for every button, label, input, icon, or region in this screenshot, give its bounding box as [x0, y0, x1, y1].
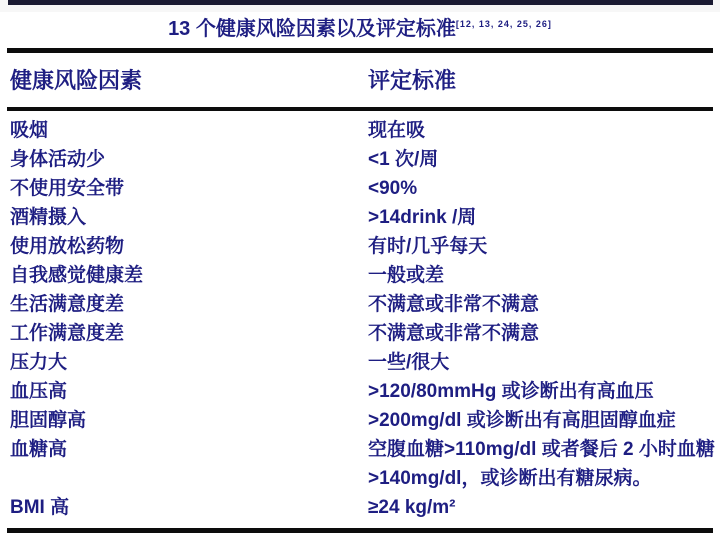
table-row: 使用放松药物 有时/几乎每天 — [10, 232, 716, 261]
table-row: 生活满意度差 不满意或非常不满意 — [10, 290, 716, 319]
table-title-row: 13 个健康风险因素以及评定标准[12, 13, 24, 25, 26] — [0, 13, 720, 48]
header-rule — [7, 107, 713, 111]
factor-cell: 自我感觉健康差 — [10, 261, 368, 290]
factor-cell: 使用放松药物 — [10, 232, 368, 261]
criteria-cell: 空腹血糖>110mg/dl 或者餐后 2 小时血糖>140mg/dl，或诊断出有… — [368, 435, 716, 493]
criteria-cell: 一般或差 — [368, 261, 716, 290]
criteria-cell: 不满意或非常不满意 — [368, 319, 716, 348]
table-row: BMI 高 ≥24 kg/m² — [10, 493, 716, 522]
factor-cell: 身体活动少 — [10, 145, 368, 174]
table-row: 自我感觉健康差 一般或差 — [10, 261, 716, 290]
column-header-criteria: 评定标准 — [368, 64, 714, 98]
factor-cell: 不使用安全带 — [10, 174, 368, 203]
table-header-row: 健康风险因素 评定标准 — [10, 64, 714, 98]
table-row: 吸烟 现在吸 — [10, 116, 716, 145]
factor-cell: 生活满意度差 — [10, 290, 368, 319]
criteria-cell: 一些/很大 — [368, 348, 716, 377]
table-body: 吸烟 现在吸 身体活动少 <1 次/周 不使用安全带 <90% 酒精摄入 >14… — [10, 116, 716, 522]
bottom-rule — [7, 528, 713, 533]
table-row: 胆固醇高 >200mg/dl 或诊断出有高胆固醇血症 — [10, 406, 716, 435]
table-title: 13 个健康风险因素以及评定标准 — [168, 18, 456, 40]
factor-cell: 血压高 — [10, 377, 368, 406]
table-row: 血压高 >120/80mmHg 或诊断出有高血压 — [10, 377, 716, 406]
slide: 13 个健康风险因素以及评定标准[12, 13, 24, 25, 26] 健康风… — [0, 0, 720, 540]
criteria-cell: ≥24 kg/m² — [368, 493, 716, 522]
factor-cell: 胆固醇高 — [10, 406, 368, 435]
criteria-cell: >14drink /周 — [368, 203, 716, 232]
factor-cell: 酒精摄入 — [10, 203, 368, 232]
criteria-cell: 有时/几乎每天 — [368, 232, 716, 261]
table-row: 身体活动少 <1 次/周 — [10, 145, 716, 174]
table-row: 不使用安全带 <90% — [10, 174, 716, 203]
table-row: 压力大 一些/很大 — [10, 348, 716, 377]
top-border-bar — [8, 0, 713, 5]
table-row: 工作满意度差 不满意或非常不满意 — [10, 319, 716, 348]
table-row: 酒精摄入 >14drink /周 — [10, 203, 716, 232]
citation-superscript: [12, 13, 24, 25, 26] — [456, 19, 552, 29]
factor-cell: 工作满意度差 — [10, 319, 368, 348]
title-rule — [7, 48, 713, 53]
column-header-factor: 健康风险因素 — [10, 64, 368, 98]
factor-cell: 血糖高 — [10, 435, 368, 464]
criteria-cell: >200mg/dl 或诊断出有高胆固醇血症 — [368, 406, 716, 435]
factor-cell: BMI 高 — [10, 493, 368, 522]
criteria-cell: >120/80mmHg 或诊断出有高血压 — [368, 377, 716, 406]
factor-cell: 吸烟 — [10, 116, 368, 145]
criteria-cell: <1 次/周 — [368, 145, 716, 174]
criteria-cell: 不满意或非常不满意 — [368, 290, 716, 319]
criteria-cell: <90% — [368, 174, 716, 203]
factor-cell: 压力大 — [10, 348, 368, 377]
table-row: 血糖高 空腹血糖>110mg/dl 或者餐后 2 小时血糖>140mg/dl，或… — [10, 435, 716, 493]
criteria-cell: 现在吸 — [368, 116, 716, 145]
